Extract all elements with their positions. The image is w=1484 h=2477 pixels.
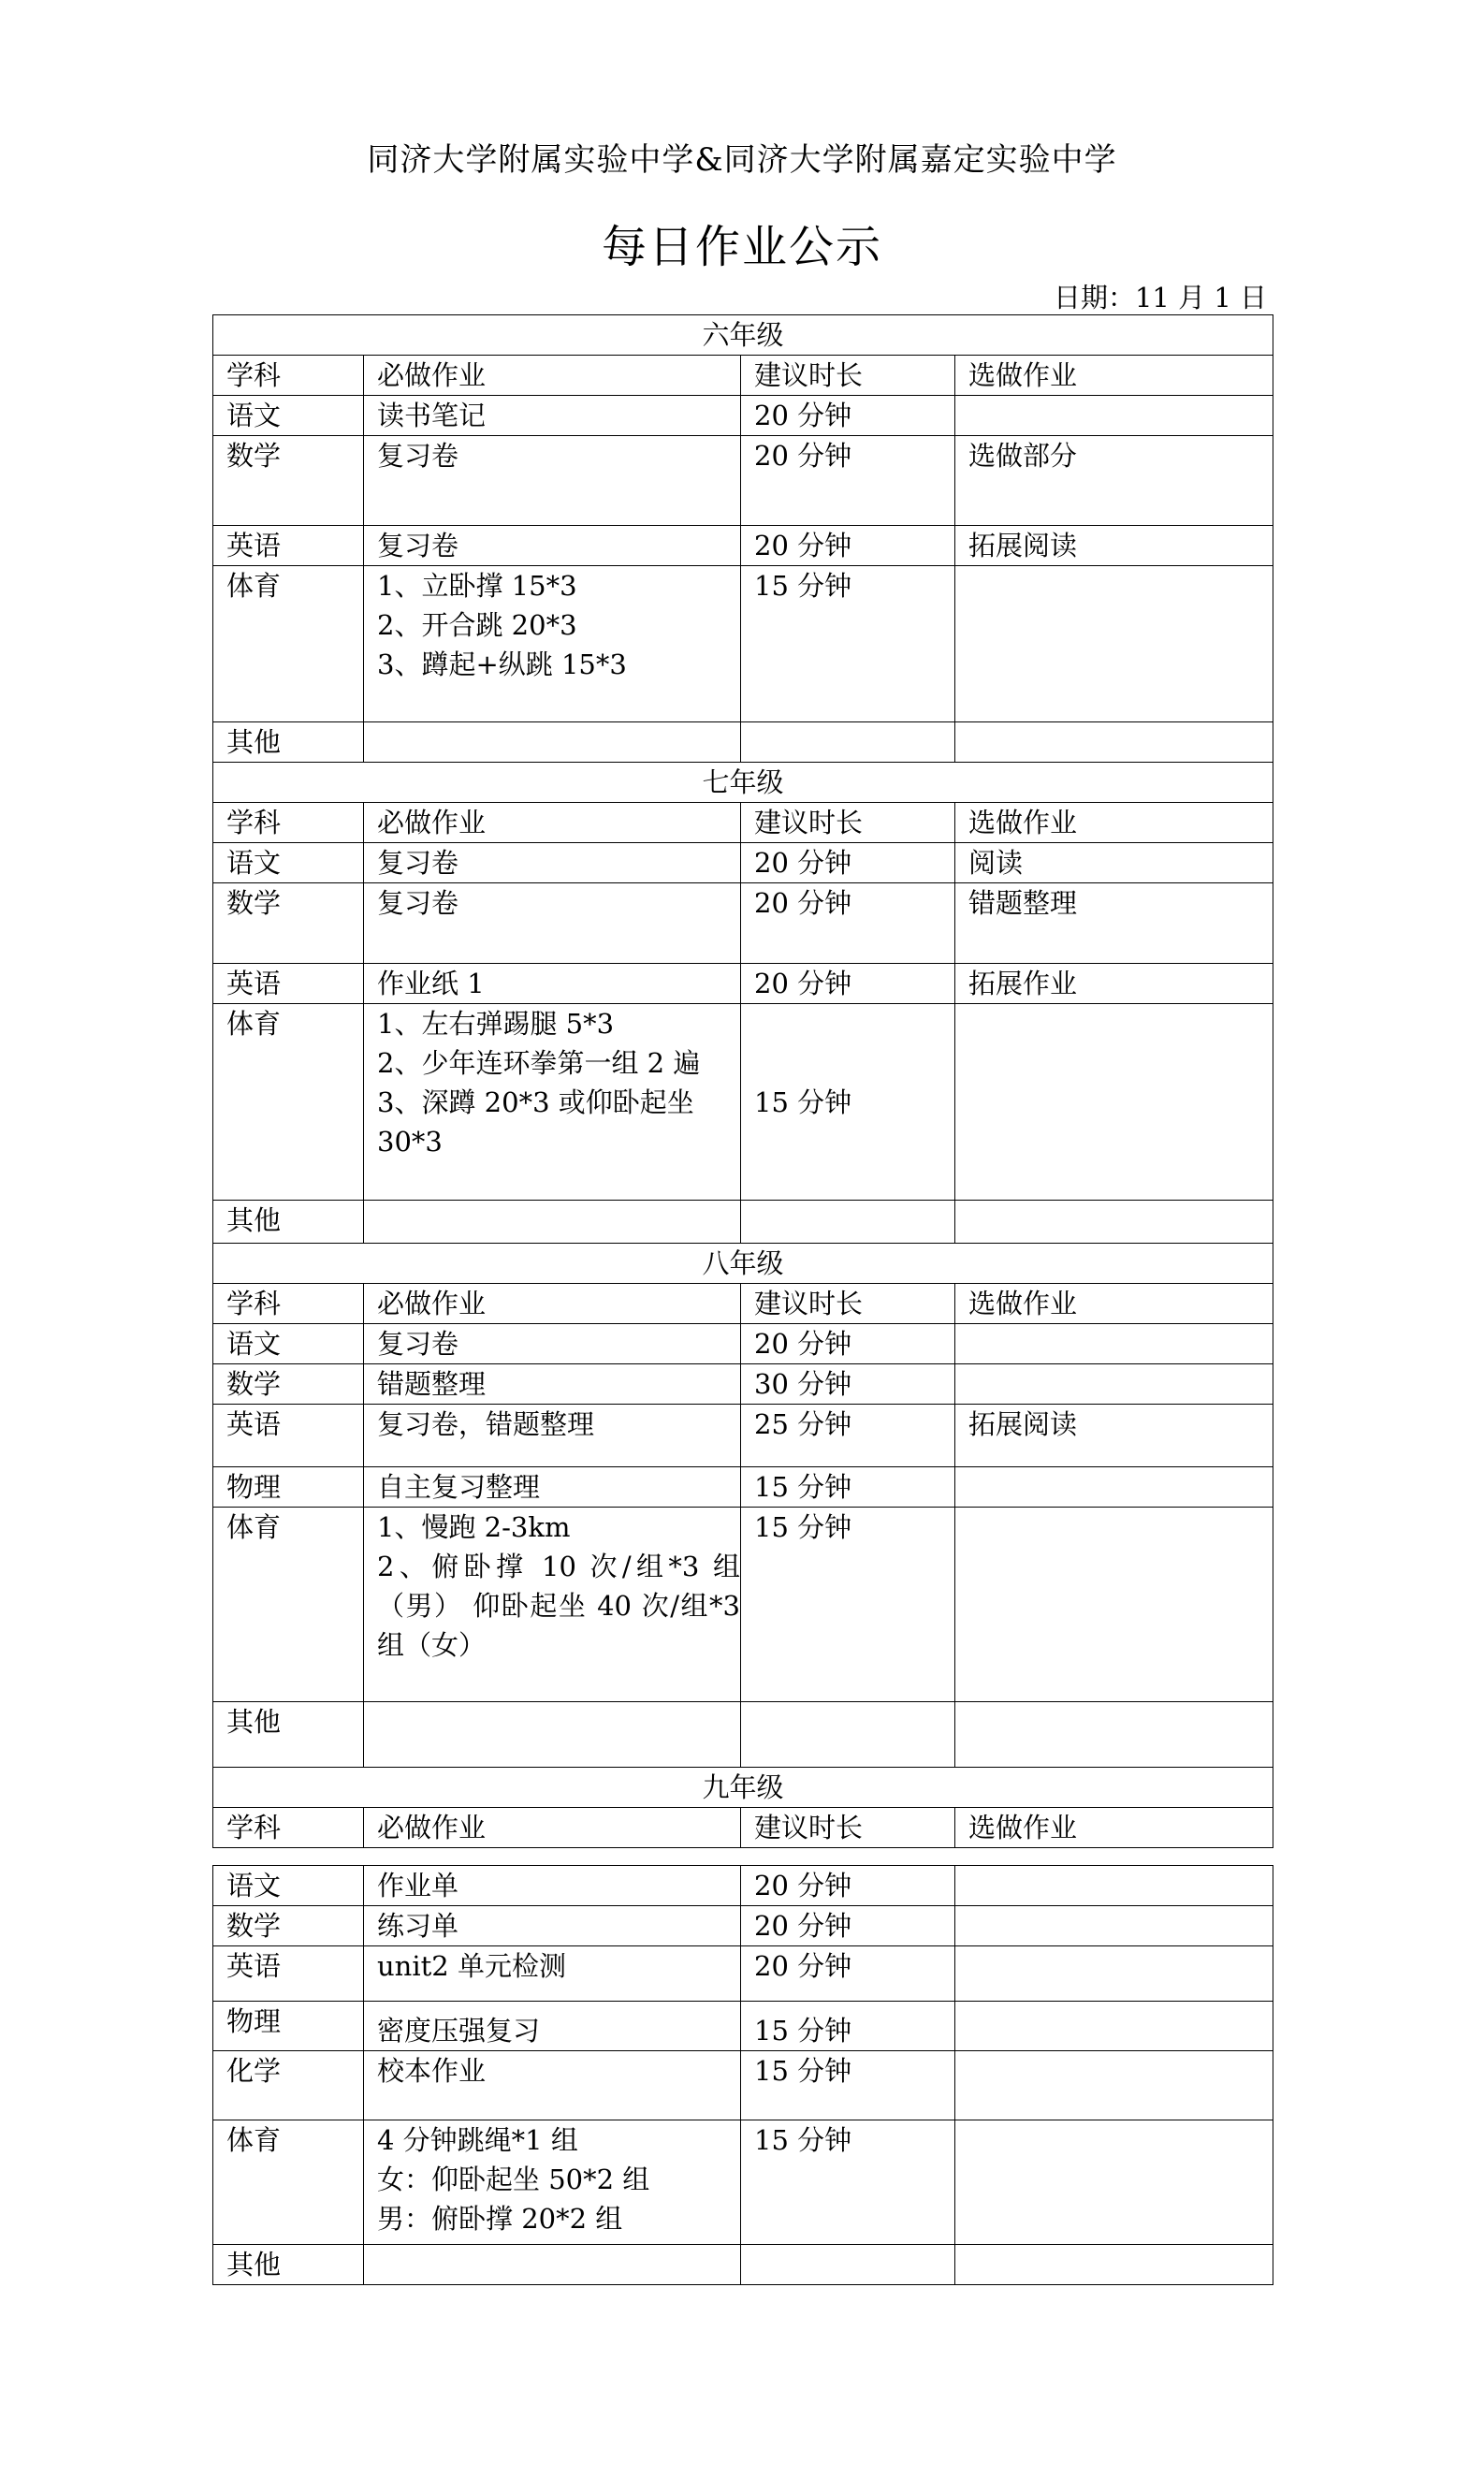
required-cell bbox=[364, 2245, 741, 2285]
duration-cell: 20 分钟 bbox=[741, 843, 955, 883]
required-cell: unit2 单元检测 bbox=[364, 1946, 741, 2002]
date-label: 日期：11 月 1 日 bbox=[1054, 277, 1267, 315]
table-row: 语文 作业单 20 分钟 bbox=[213, 1866, 1273, 1906]
grade-title: 八年级 bbox=[213, 1244, 1273, 1284]
optional-cell bbox=[955, 1866, 1273, 1906]
duration-cell bbox=[741, 1702, 955, 1768]
column-header-optional: 选做作业 bbox=[955, 1284, 1273, 1324]
table-row: 其他 bbox=[213, 2245, 1273, 2285]
required-cell: 作业纸 1 bbox=[364, 964, 741, 1004]
duration-cell: 25 分钟 bbox=[741, 1405, 955, 1467]
required-cell: 自主复习整理 bbox=[364, 1467, 741, 1508]
required-cell bbox=[364, 1702, 741, 1768]
required-cell: 复习卷 bbox=[364, 1324, 741, 1364]
column-header-row: 学科 必做作业 建议时长 选做作业 bbox=[213, 803, 1273, 843]
column-header-optional: 选做作业 bbox=[955, 1808, 1273, 1848]
subject-cell: 体育 bbox=[213, 1508, 364, 1702]
optional-cell bbox=[955, 1906, 1273, 1946]
duration-cell: 20 分钟 bbox=[741, 526, 955, 566]
table-row: 其他 bbox=[213, 722, 1273, 763]
column-header-subject: 学科 bbox=[213, 1284, 364, 1324]
grade9-table: 语文 作业单 20 分钟 数学 练习单 20 分钟 英语 unit2 单元检测 … bbox=[212, 1865, 1273, 2285]
duration-cell: 20 分钟 bbox=[741, 1866, 955, 1906]
optional-cell bbox=[955, 1324, 1273, 1364]
subject-cell: 其他 bbox=[213, 1702, 364, 1768]
subject-cell: 语文 bbox=[213, 1324, 364, 1364]
duration-cell: 15 分钟 bbox=[741, 1508, 955, 1702]
table-row: 数学 复习卷 20 分钟 选做部分 bbox=[213, 436, 1273, 526]
subject-cell: 英语 bbox=[213, 964, 364, 1004]
table-row: 体育 4 分钟跳绳*1 组 女：仰卧起坐 50*2 组 男：俯卧撑 20*2 组… bbox=[213, 2120, 1273, 2245]
subject-cell: 数学 bbox=[213, 1364, 364, 1405]
required-cell: 复习卷 bbox=[364, 843, 741, 883]
table-row: 语文 读书笔记 20 分钟 bbox=[213, 396, 1273, 436]
column-header-subject: 学科 bbox=[213, 803, 364, 843]
column-header-subject: 学科 bbox=[213, 356, 364, 396]
grade-header-row: 六年级 bbox=[213, 315, 1273, 356]
subject-cell: 体育 bbox=[213, 2120, 364, 2245]
school-name: 同济大学附属实验中学&同济大学附属嘉定实验中学 bbox=[0, 134, 1484, 180]
grade-header-row: 九年级 bbox=[213, 1768, 1273, 1808]
subject-cell: 物理 bbox=[213, 2002, 364, 2051]
column-header-optional: 选做作业 bbox=[955, 356, 1273, 396]
duration-cell: 15 分钟 bbox=[741, 2002, 955, 2051]
column-header-duration: 建议时长 bbox=[741, 803, 955, 843]
required-cell: 校本作业 bbox=[364, 2051, 741, 2120]
column-header-subject: 学科 bbox=[213, 1808, 364, 1848]
column-header-optional: 选做作业 bbox=[955, 803, 1273, 843]
required-cell: 作业单 bbox=[364, 1866, 741, 1906]
optional-cell bbox=[955, 1702, 1273, 1768]
subject-cell: 英语 bbox=[213, 1946, 364, 2002]
grade-header-row: 七年级 bbox=[213, 763, 1273, 803]
optional-cell bbox=[955, 1946, 1273, 2002]
grade-title: 七年级 bbox=[213, 763, 1273, 803]
duration-cell: 15 分钟 bbox=[741, 566, 955, 722]
duration-cell: 20 分钟 bbox=[741, 883, 955, 964]
grade-title: 九年级 bbox=[213, 1768, 1273, 1808]
required-cell: 4 分钟跳绳*1 组 女：仰卧起坐 50*2 组 男：俯卧撑 20*2 组 bbox=[364, 2120, 741, 2245]
optional-cell bbox=[955, 2051, 1273, 2120]
table-row: 其他 bbox=[213, 1201, 1273, 1244]
required-cell: 复习卷，错题整理 bbox=[364, 1405, 741, 1467]
duration-cell: 20 分钟 bbox=[741, 1946, 955, 2002]
subject-cell: 数学 bbox=[213, 1906, 364, 1946]
subject-cell: 物理 bbox=[213, 1467, 364, 1508]
optional-cell bbox=[955, 1004, 1273, 1201]
duration-cell bbox=[741, 722, 955, 763]
optional-cell bbox=[955, 1201, 1273, 1244]
table-row: 语文 复习卷 20 分钟 bbox=[213, 1324, 1273, 1364]
required-cell: 读书笔记 bbox=[364, 396, 741, 436]
optional-cell: 拓展阅读 bbox=[955, 1405, 1273, 1467]
optional-cell bbox=[955, 1467, 1273, 1508]
table-row: 体育 1、左右弹踢腿 5*3 2、少年连环拳第一组 2 遍 3、深蹲 20*3 … bbox=[213, 1004, 1273, 1201]
subject-cell: 语文 bbox=[213, 1866, 364, 1906]
optional-cell bbox=[955, 1364, 1273, 1405]
table-row: 其他 bbox=[213, 1702, 1273, 1768]
optional-cell bbox=[955, 566, 1273, 722]
table-row: 英语 复习卷，错题整理 25 分钟 拓展阅读 bbox=[213, 1405, 1273, 1467]
subject-cell: 其他 bbox=[213, 2245, 364, 2285]
column-header-duration: 建议时长 bbox=[741, 356, 955, 396]
required-cell: 1、左右弹踢腿 5*3 2、少年连环拳第一组 2 遍 3、深蹲 20*3 或仰卧… bbox=[364, 1004, 741, 1201]
optional-cell bbox=[955, 2120, 1273, 2245]
table-row: 体育 1、慢跑 2-3km 2、俯卧撑 10 次/组*3 组（男） 仰卧起坐 4… bbox=[213, 1508, 1273, 1702]
subject-cell: 其他 bbox=[213, 722, 364, 763]
column-header-duration: 建议时长 bbox=[741, 1284, 955, 1324]
optional-cell: 阅读 bbox=[955, 843, 1273, 883]
subject-cell: 语文 bbox=[213, 843, 364, 883]
subject-cell: 体育 bbox=[213, 1004, 364, 1201]
required-cell: 错题整理 bbox=[364, 1364, 741, 1405]
required-cell bbox=[364, 1201, 741, 1244]
column-header-required: 必做作业 bbox=[364, 1284, 741, 1324]
optional-cell: 拓展阅读 bbox=[955, 526, 1273, 566]
table-row: 物理 自主复习整理 15 分钟 bbox=[213, 1467, 1273, 1508]
column-header-required: 必做作业 bbox=[364, 803, 741, 843]
required-cell: 复习卷 bbox=[364, 436, 741, 526]
table-row: 英语 复习卷 20 分钟 拓展阅读 bbox=[213, 526, 1273, 566]
table-row: 数学 练习单 20 分钟 bbox=[213, 1906, 1273, 1946]
required-cell: 1、立卧撑 15*3 2、开合跳 20*3 3、蹲起+纵跳 15*3 bbox=[364, 566, 741, 722]
optional-cell: 选做部分 bbox=[955, 436, 1273, 526]
table-row: 英语 unit2 单元检测 20 分钟 bbox=[213, 1946, 1273, 2002]
table-row: 语文 复习卷 20 分钟 阅读 bbox=[213, 843, 1273, 883]
table-row: 数学 复习卷 20 分钟 错题整理 bbox=[213, 883, 1273, 964]
subject-cell: 英语 bbox=[213, 526, 364, 566]
column-header-row: 学科 必做作业 建议时长 选做作业 bbox=[213, 356, 1273, 396]
optional-cell: 拓展作业 bbox=[955, 964, 1273, 1004]
duration-cell: 20 分钟 bbox=[741, 1906, 955, 1946]
duration-cell: 15 分钟 bbox=[741, 1004, 955, 1201]
optional-cell bbox=[955, 396, 1273, 436]
subject-cell: 数学 bbox=[213, 883, 364, 964]
column-header-row: 学科 必做作业 建议时长 选做作业 bbox=[213, 1284, 1273, 1324]
required-cell bbox=[364, 722, 741, 763]
column-header-duration: 建议时长 bbox=[741, 1808, 955, 1848]
required-cell: 复习卷 bbox=[364, 526, 741, 566]
duration-cell: 15 分钟 bbox=[741, 2051, 955, 2120]
subject-cell: 其他 bbox=[213, 1201, 364, 1244]
duration-cell: 20 分钟 bbox=[741, 1324, 955, 1364]
duration-cell bbox=[741, 2245, 955, 2285]
column-header-required: 必做作业 bbox=[364, 1808, 741, 1848]
required-cell: 1、慢跑 2-3km 2、俯卧撑 10 次/组*3 组（男） 仰卧起坐 40 次… bbox=[364, 1508, 741, 1702]
grade-title: 六年级 bbox=[213, 315, 1273, 356]
required-cell: 密度压强复习 bbox=[364, 2002, 741, 2051]
required-cell: 练习单 bbox=[364, 1906, 741, 1946]
column-header-row: 学科 必做作业 建议时长 选做作业 bbox=[213, 1808, 1273, 1848]
subject-cell: 英语 bbox=[213, 1405, 364, 1467]
subject-cell: 化学 bbox=[213, 2051, 364, 2120]
duration-cell: 15 分钟 bbox=[741, 2120, 955, 2245]
grade-header-row: 八年级 bbox=[213, 1244, 1273, 1284]
column-header-required: 必做作业 bbox=[364, 356, 741, 396]
optional-cell: 错题整理 bbox=[955, 883, 1273, 964]
duration-cell: 20 分钟 bbox=[741, 964, 955, 1004]
table-row: 数学 错题整理 30 分钟 bbox=[213, 1364, 1273, 1405]
optional-cell bbox=[955, 2002, 1273, 2051]
table-row: 英语 作业纸 1 20 分钟 拓展作业 bbox=[213, 964, 1273, 1004]
duration-cell: 20 分钟 bbox=[741, 436, 955, 526]
required-cell: 复习卷 bbox=[364, 883, 741, 964]
subject-cell: 体育 bbox=[213, 566, 364, 722]
table-row: 化学 校本作业 15 分钟 bbox=[213, 2051, 1273, 2120]
duration-cell bbox=[741, 1201, 955, 1244]
table-row: 物理 密度压强复习 15 分钟 bbox=[213, 2002, 1273, 2051]
duration-cell: 20 分钟 bbox=[741, 396, 955, 436]
subject-cell: 数学 bbox=[213, 436, 364, 526]
duration-cell: 15 分钟 bbox=[741, 1467, 955, 1508]
page-title: 每日作业公示 bbox=[0, 211, 1484, 275]
homework-table: 六年级 学科 必做作业 建议时长 选做作业 语文 读书笔记 20 分钟 数学 复… bbox=[212, 314, 1273, 1848]
optional-cell bbox=[955, 1508, 1273, 1702]
optional-cell bbox=[955, 2245, 1273, 2285]
table-row: 体育 1、立卧撑 15*3 2、开合跳 20*3 3、蹲起+纵跳 15*3 15… bbox=[213, 566, 1273, 722]
optional-cell bbox=[955, 722, 1273, 763]
duration-cell: 30 分钟 bbox=[741, 1364, 955, 1405]
subject-cell: 语文 bbox=[213, 396, 364, 436]
